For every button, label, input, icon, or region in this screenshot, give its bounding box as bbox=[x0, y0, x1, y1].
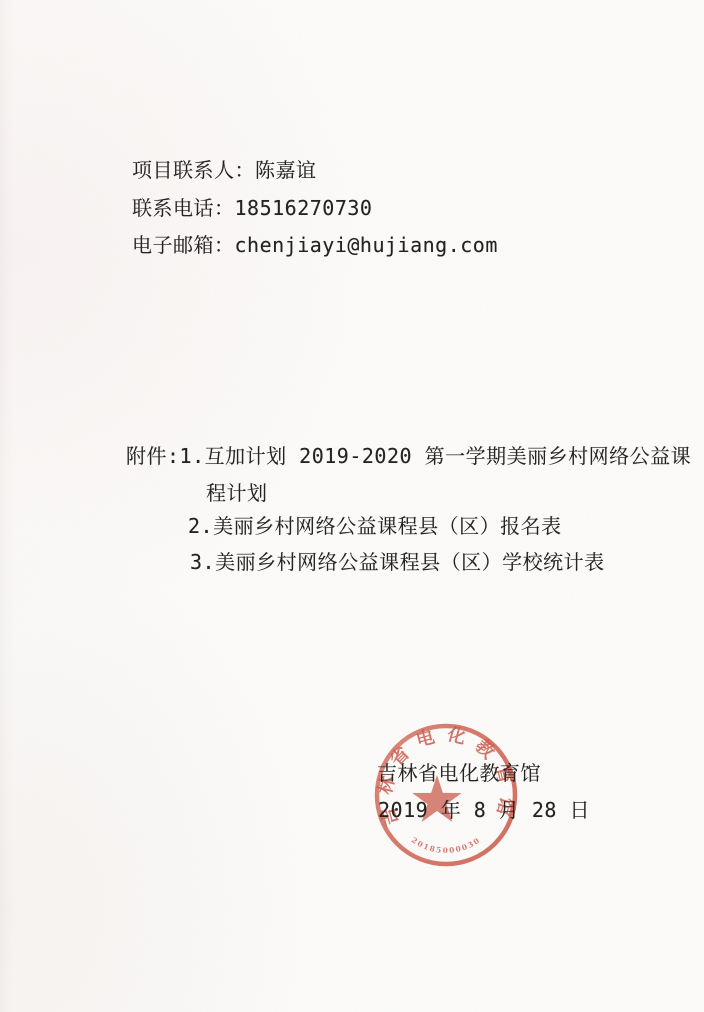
contact-person-line: 项目联系人：陈嘉谊 bbox=[132, 154, 317, 183]
contact-phone-line: 联系电话：18516270730 bbox=[132, 192, 372, 221]
signature-organization: 吉林省电化教育馆 bbox=[377, 757, 541, 786]
attachment-list-line-1: 附件:1.互加计划 2019-2020 第一学期美丽乡村网络公益课 bbox=[126, 440, 691, 469]
attachment-list-line-3: 2.美丽乡村网络公益课程县（区）报名表 bbox=[188, 510, 562, 539]
attachment-list-line-4: 3.美丽乡村网络公益课程县（区）学校统计表 bbox=[190, 546, 605, 575]
scan-noise-texture bbox=[0, 0, 704, 1012]
scanned-document-page: 项目联系人：陈嘉谊 联系电话：18516270730 电子邮箱：chenjiay… bbox=[0, 0, 704, 1012]
signature-date: 2019 年 8 月 28 日 bbox=[378, 794, 590, 823]
contact-email-line: 电子邮箱：chenjiayi@hujiang.com bbox=[132, 229, 498, 258]
attachment-list-line-2: 程计划 bbox=[206, 477, 268, 506]
